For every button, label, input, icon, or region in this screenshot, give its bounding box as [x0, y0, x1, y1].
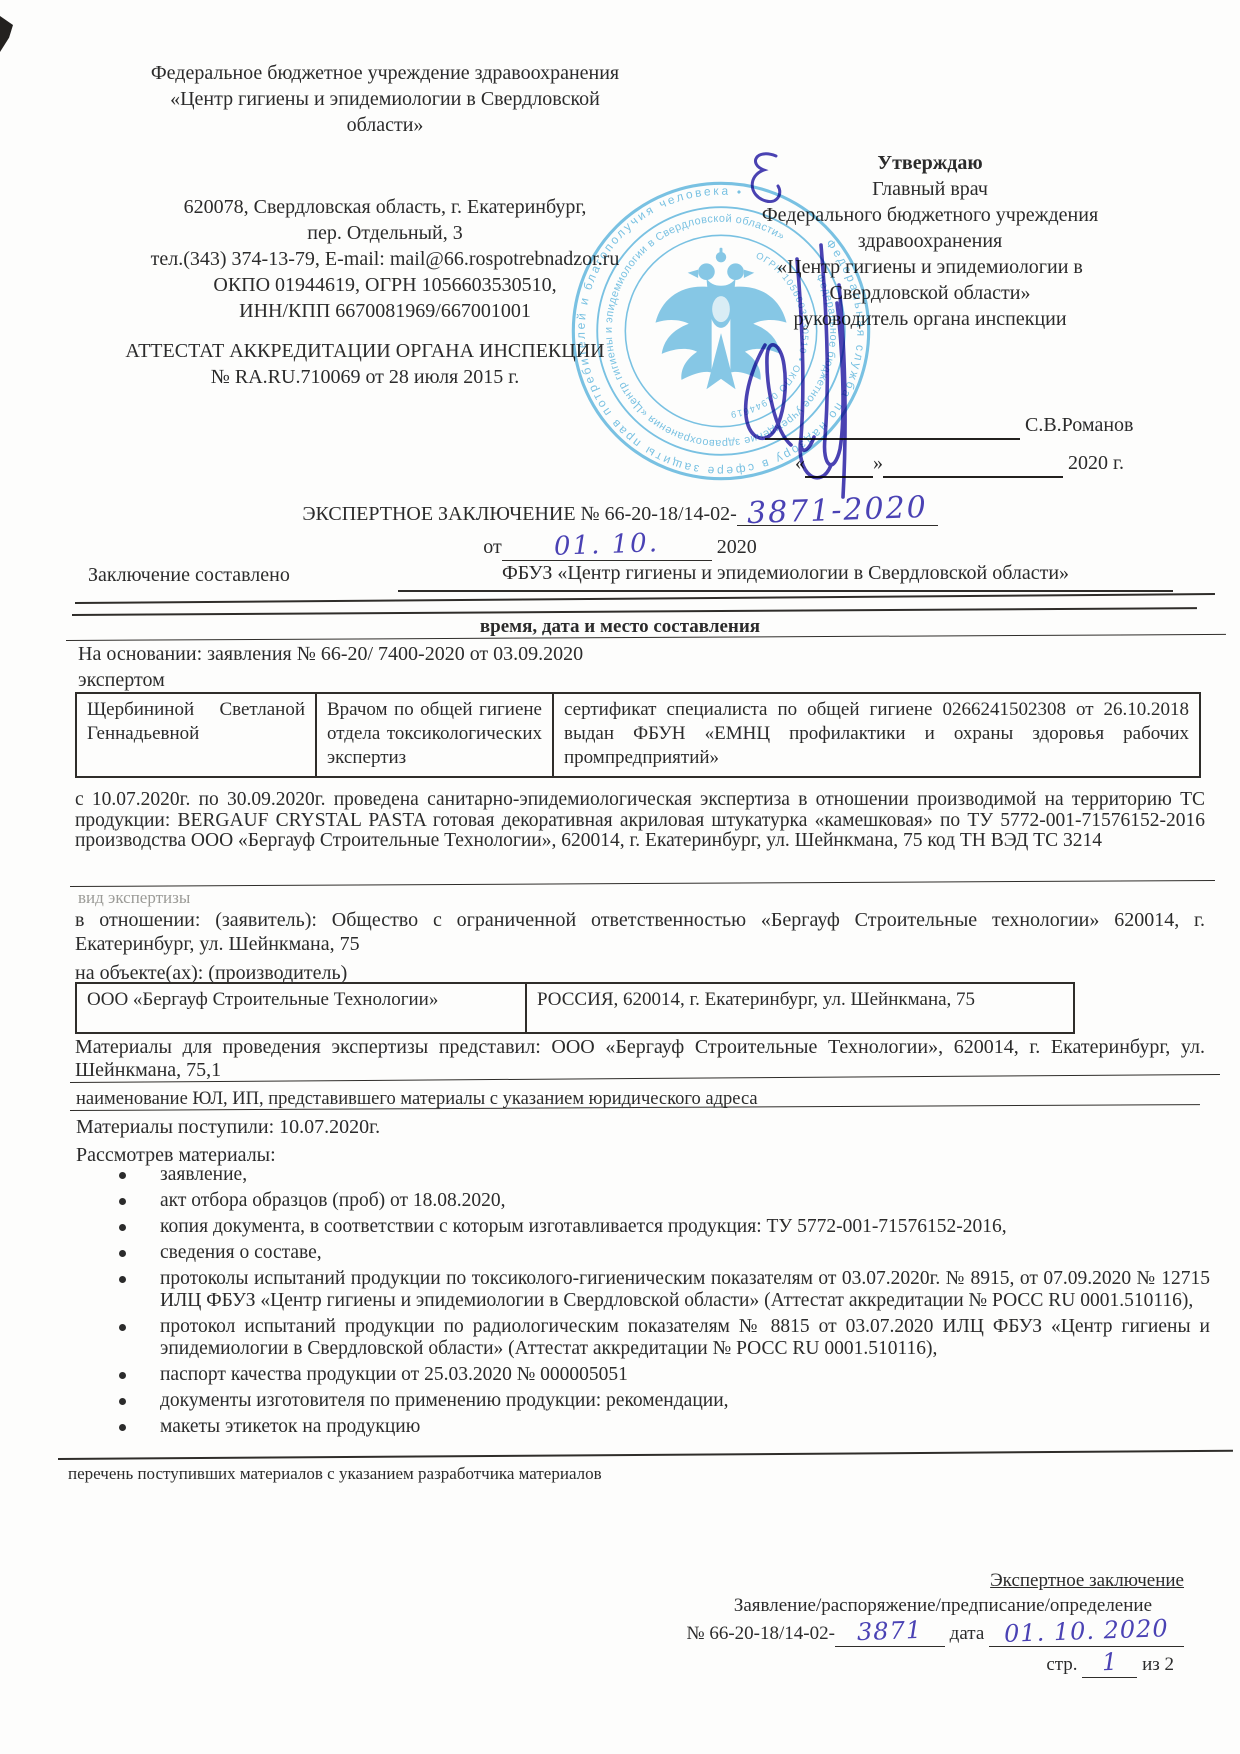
- material-item: протокол испытаний продукции по радиолог…: [75, 1316, 1210, 1360]
- bullet-icon: [119, 1276, 126, 1283]
- document-title: ЭКСПЕРТНОЕ ЗАКЛЮЧЕНИЕ № 66-20-18/14-02-: [302, 503, 737, 525]
- expertise-paragraph: с 10.07.2020г. по 30.09.2020г. проведена…: [75, 790, 1205, 852]
- material-item: сведения о составе,: [75, 1242, 1210, 1264]
- org-name-line: «Центр гигиены и эпидемиологии в Свердло…: [95, 86, 675, 112]
- expert-table: Щербининой Светланой Геннадьевной Врачом…: [75, 692, 1201, 778]
- bullet-icon: [119, 1224, 126, 1231]
- date-prefix: от: [483, 536, 501, 558]
- material-item: макеты этикеток на продукцию: [75, 1416, 1210, 1438]
- expert-position-cell: Врачом по общей гигиене отдела токсиколо…: [316, 693, 553, 777]
- applicant-line: в отношении: (заявитель): Общество с огр…: [75, 908, 1205, 956]
- materials-received-line: Материалы поступили: 10.07.2020г.: [76, 1114, 380, 1140]
- producer-address-cell: РОССИЯ, 620014, г. Екатеринбург, ул. Шей…: [526, 983, 1074, 1033]
- bullet-icon: [119, 1424, 126, 1431]
- material-item: акт отбора образцов (проб) от 18.08.2020…: [75, 1190, 1210, 1212]
- signature-ink-stroke: [735, 225, 950, 510]
- footer-title: Экспертное заключение: [990, 1570, 1184, 1591]
- bullet-icon: [119, 1198, 126, 1205]
- expert-name-cell: Щербининой Светланой Геннадьевной: [76, 693, 316, 777]
- expert-conclusion-document-page: Федеральное бюджетное учреждение здравоо…: [0, 0, 1240, 1754]
- approve-label: Утверждаю: [650, 150, 1210, 176]
- footer-page-label: стр.: [1046, 1654, 1077, 1675]
- composed-label: Заключение составлено: [88, 562, 290, 588]
- document-date-row: от01. 10. 2020: [0, 532, 1240, 561]
- footer-handwritten-page: 1: [1101, 1650, 1118, 1675]
- footer-date-label: дата: [950, 1623, 985, 1644]
- footer-subtitle: Заявление/распоряжение/предписание/опред…: [548, 1593, 1188, 1618]
- handwritten-date: 01. 10.: [554, 530, 660, 560]
- date-year: 2020: [717, 536, 757, 558]
- footer-number-prefix: № 66-20-18/14-02-: [686, 1623, 834, 1644]
- expert-certificate-cell: сертификат специалиста по общей гигиене …: [553, 693, 1200, 777]
- handwritten-number: 3871-2020: [746, 493, 928, 529]
- rule-line: [70, 880, 1215, 887]
- material-item: заявление,: [75, 1164, 1210, 1186]
- producer-table: ООО «Бергауф Строительные Технологии» РО…: [75, 982, 1075, 1034]
- bullet-icon: [119, 1372, 126, 1379]
- year-label: 2020 г.: [1068, 452, 1124, 474]
- material-item: копия документа, в соответствии с которы…: [75, 1216, 1210, 1238]
- org-name-line: Федеральное бюджетное учреждение здравоо…: [95, 60, 675, 86]
- composed-caption: время, дата и место составления: [0, 614, 1240, 640]
- rule-line: [75, 593, 1215, 604]
- composed-value: ФБУЗ «Центр гигиены и эпидемиологии в Св…: [398, 560, 1173, 592]
- scan-corner-artifact: [0, 16, 13, 52]
- expertise-type-caption: вид экспертизы: [78, 888, 190, 908]
- bullet-icon: [119, 1250, 126, 1257]
- document-title-row: ЭКСПЕРТНОЕ ЗАКЛЮЧЕНИЕ № 66-20-18/14-02-3…: [0, 496, 1240, 527]
- handwritten-flourish: [744, 148, 790, 210]
- material-item: паспорт качества продукции от 25.03.2020…: [75, 1364, 1210, 1386]
- org-name-block: Федеральное бюджетное учреждение здравоо…: [95, 60, 675, 138]
- footer-handwritten-number: 3871: [857, 1618, 923, 1644]
- materials-list-caption: перечень поступивших материалов с указан…: [68, 1464, 602, 1484]
- bullet-icon: [119, 1324, 126, 1331]
- rule-line: [58, 1450, 1233, 1460]
- footer-handwritten-date: 01. 10. 2020: [1004, 1616, 1169, 1646]
- signer-name: С.В.Романов: [1025, 414, 1133, 436]
- bullet-icon: [119, 1172, 126, 1179]
- material-item: документы изготовителя по применению про…: [75, 1390, 1210, 1412]
- bullet-icon: [119, 1398, 126, 1405]
- org-name-line: области»: [95, 112, 675, 138]
- basis-line: На основании: заявления № 66-20/ 7400-20…: [78, 641, 1208, 667]
- materials-list: заявление, акт отбора образцов (проб) от…: [75, 1164, 1210, 1442]
- material-item: протоколы испытаний продукции по токсико…: [75, 1268, 1210, 1312]
- footer-page-of: из 2: [1142, 1654, 1174, 1675]
- footer-block: Экспертное заключение Заявление/распоряж…: [548, 1568, 1188, 1678]
- expert-label: экспертом: [78, 667, 165, 693]
- producer-name-cell: ООО «Бергауф Строительные Технологии»: [76, 983, 526, 1033]
